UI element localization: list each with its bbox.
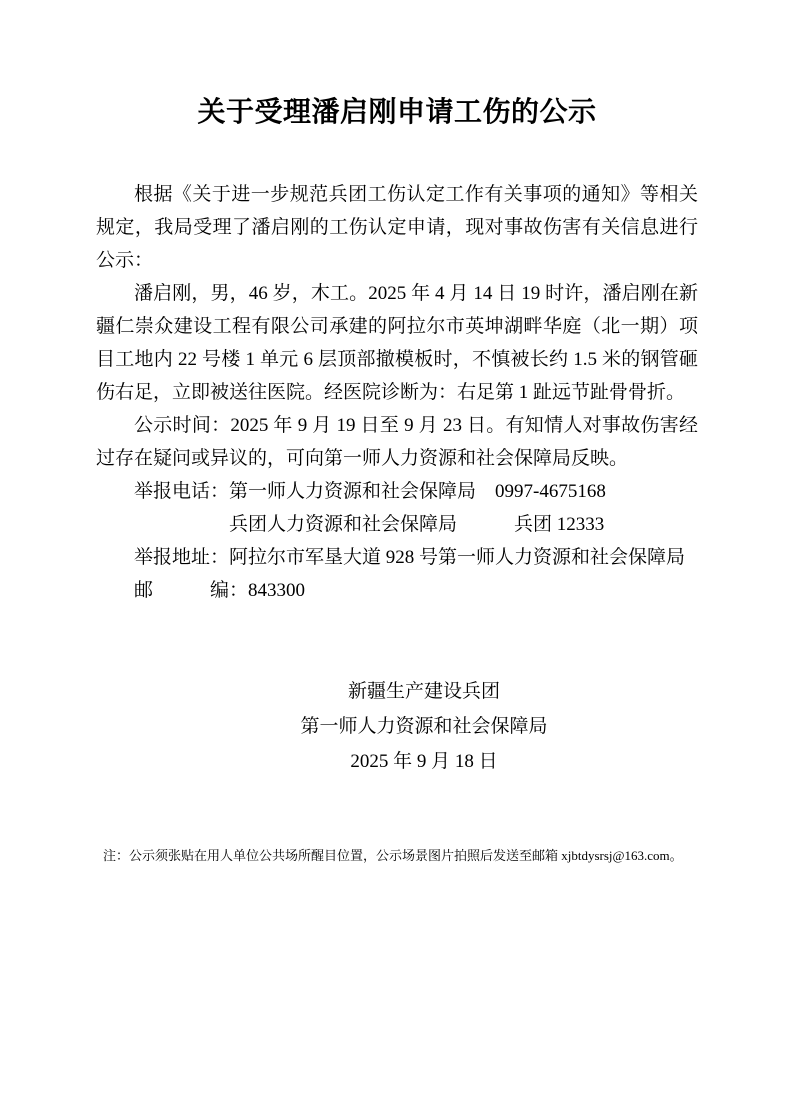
postcode-label-left: 邮 xyxy=(134,580,153,601)
paragraph-publicity-period: 公示时间：2025 年 9 月 19 日至 9 月 23 日。有知情人对事故伤害… xyxy=(96,409,698,475)
document-title: 关于受理潘启刚申请工伤的公示 xyxy=(96,94,698,132)
report-phone-org2: 兵团人力资源和社会保障局 xyxy=(229,514,457,535)
report-phone-number1: 0997-4675168 xyxy=(495,481,606,502)
report-address-label: 举报地址： xyxy=(134,547,229,568)
report-address-value: 阿拉尔市军垦大道 928 号第一师人力资源和社会保障局 xyxy=(229,547,685,568)
document-page: 关于受理潘启刚申请工伤的公示 根据《关于进一步规范兵团工伤认定工作有关事项的通知… xyxy=(0,0,794,1108)
postcode-value: 843300 xyxy=(248,580,305,601)
signature-org-line1: 新疆生产建设兵团 xyxy=(234,674,614,709)
report-address-line: 举报地址：阿拉尔市军垦大道 928 号第一师人力资源和社会保障局 xyxy=(96,541,698,574)
report-phone-org1: 第一师人力资源和社会保障局 xyxy=(229,481,476,502)
report-phone-label: 举报电话： xyxy=(134,481,229,502)
report-phone-line2: 兵团人力资源和社会保障局兵团 12333 xyxy=(96,508,698,541)
footnote-text: 注：公示须张贴在用人单位公共场所醒目位置，公示场景图片拍照后发送至邮箱 xjbt… xyxy=(96,847,698,865)
postcode-label-right: 编： xyxy=(210,580,248,601)
postcode-line: 邮编：843300 xyxy=(96,574,698,607)
signature-org-line2: 第一师人力资源和社会保障局 xyxy=(234,709,614,744)
signature-date: 2025 年 9 月 18 日 xyxy=(234,744,614,779)
paragraph-basis: 根据《关于进一步规范兵团工伤认定工作有关事项的通知》等相关规定，我局受理了潘启刚… xyxy=(96,178,698,277)
report-phone-number2: 兵团 12333 xyxy=(514,514,604,535)
report-phone-line1: 举报电话：第一师人力资源和社会保障局0997-4675168 xyxy=(96,475,698,508)
paragraph-accident-details: 潘启刚，男，46 岁，木工。2025 年 4 月 14 日 19 时许，潘启刚在… xyxy=(96,277,698,409)
signature-block: 新疆生产建设兵团 第一师人力资源和社会保障局 2025 年 9 月 18 日 xyxy=(234,674,614,779)
